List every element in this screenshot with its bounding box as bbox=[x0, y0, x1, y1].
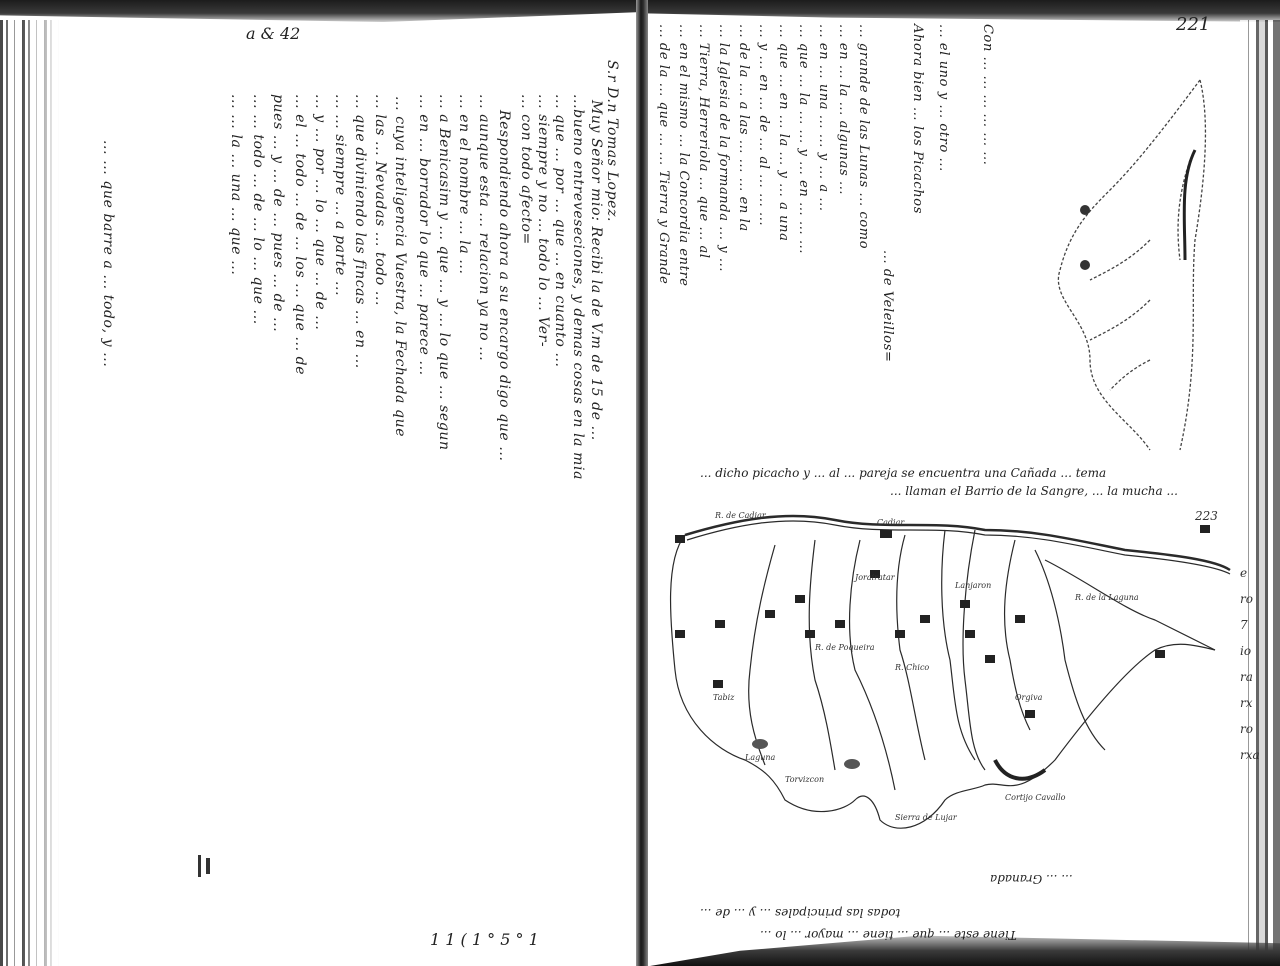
map-caption-line: ... dicho picacho y ... al ... pareja se… bbox=[700, 466, 1106, 480]
map-sheet-number: 223 bbox=[1194, 509, 1218, 523]
text-line: ... de Veleillos= bbox=[880, 250, 895, 362]
margin-mark: 7 bbox=[1240, 612, 1262, 638]
book-gutter bbox=[636, 0, 648, 966]
ink-mark bbox=[206, 858, 210, 874]
text-line: Ahora bien ... los Picachos bbox=[910, 24, 925, 214]
map-label: Laguna bbox=[744, 753, 776, 762]
margin-mark: rx bbox=[1240, 690, 1262, 716]
text-line: ... y ... por ... lo ... que ... de ... bbox=[312, 94, 328, 330]
letter-heading: S.r D.n Tomas Lopez. bbox=[604, 60, 620, 222]
sketch-map-small bbox=[1030, 60, 1230, 460]
map-label: Cortijo Cavallo bbox=[1005, 793, 1066, 802]
manuscript-scan: a & 42 S.r D.n Tomas Lopez. Muy Señor mi… bbox=[0, 0, 1280, 966]
map-label: R. de la Laguna bbox=[1074, 593, 1139, 602]
text-line: ...bueno entreveseciones, y demas cosas … bbox=[570, 94, 586, 480]
text-line: ... en ... la ... algunas ... bbox=[836, 24, 851, 195]
text-line: ... que ... en ... la ... y ... a una bbox=[776, 24, 791, 241]
text-line: ... aunque esta ... relacion ya no ... bbox=[476, 94, 492, 361]
margin-mark: e bbox=[1240, 560, 1262, 586]
right-folio-number: 221 bbox=[1176, 14, 1210, 35]
text-line: ... el ... todo ... de ... los ... que .… bbox=[292, 94, 308, 375]
margin-mark: rxa bbox=[1240, 742, 1262, 768]
text-line: ... en el nombre ... la ... bbox=[456, 94, 472, 275]
map-label: Jorairatar bbox=[853, 573, 896, 582]
map-caption-line: ... llaman el Barrio de la Sangre, ... l… bbox=[890, 484, 1178, 498]
map-label: R. de Poqueira bbox=[814, 643, 875, 652]
text-line: Muy Señor mio: Recibi la de V.m de 15 de… bbox=[588, 100, 604, 441]
text-line: ... en ... borrador lo que ... parece ..… bbox=[416, 94, 432, 376]
text-line: ... de la ... que ... ... Tierra y Grand… bbox=[656, 24, 671, 284]
margin-mark: io bbox=[1240, 638, 1262, 664]
text-line: ... siempre y no ... todo lo ... Ver- bbox=[535, 94, 551, 347]
map-label: Orgiva bbox=[1015, 693, 1043, 702]
upside-down-caption-line: Tiene este ... que ... tiene ... mayor .… bbox=[760, 928, 1017, 942]
text-line: ... ... siempre ... a parte ... bbox=[332, 94, 348, 296]
text-line: ... cuya inteligencia Vuestra, la Fechad… bbox=[392, 96, 408, 437]
map-label: Tabiz bbox=[713, 693, 735, 702]
map-label: Lanjaron bbox=[954, 581, 991, 590]
map-label: Sierra de Lujar bbox=[895, 813, 958, 822]
text-line: ... que ... por ... que ... en cuanto ..… bbox=[552, 94, 568, 368]
scan-shadow-top-left bbox=[0, 0, 640, 22]
margin-mark: ro bbox=[1240, 716, 1262, 742]
text-line: ... en ... una ... ... y ... a ... bbox=[816, 24, 831, 212]
text-line: ... a Benicasim y ... que ... y ... lo q… bbox=[436, 94, 452, 451]
text-line: ... las ... Nevadas ... todo ... bbox=[372, 94, 388, 306]
page-edge-left bbox=[0, 20, 60, 966]
text-line: ... que ... la ... ... y ... en ... ... … bbox=[796, 24, 811, 254]
text-line: Respondiendo ahora a su encargo digo que… bbox=[496, 110, 512, 462]
text-line: ... en el mismo ... la Concordia entre bbox=[676, 24, 691, 287]
text-line: Con ... ... ... ... ... ... bbox=[980, 24, 995, 166]
upside-down-caption-line: ... ... Granada bbox=[990, 872, 1073, 886]
text-line: ... ... todo ... de ... lo ... que ... bbox=[250, 94, 266, 325]
text-line: ... con todo afecto= bbox=[518, 94, 534, 245]
ink-mark bbox=[198, 855, 201, 877]
text-line: ... ... que barre a ... todo, y ... bbox=[100, 140, 116, 367]
upside-down-caption-line: todas las principales ... y ... de ... bbox=[700, 906, 900, 920]
text-line: ... Tierra, Herreriola ... que ... al bbox=[696, 24, 711, 259]
text-line: ... que diviniendo las fincas ... en ... bbox=[352, 94, 368, 369]
bottom-marks: 1 1 ( 1 ° 5 ° 1 bbox=[430, 930, 539, 949]
alpujarra-map: R. de Cadiar Cadiar 223 R. de la Laguna … bbox=[655, 500, 1235, 840]
text-line: ... y ... en ... de ... al ... ... ... bbox=[756, 24, 771, 226]
margin-mark: ro bbox=[1240, 586, 1262, 612]
margin-mark: ra bbox=[1240, 664, 1262, 690]
text-line: ... el uno y ... otro ... bbox=[936, 24, 951, 172]
map-label: Torvizcon bbox=[785, 775, 824, 784]
page-edge-right bbox=[1240, 20, 1280, 966]
left-folio-mark: a & 42 bbox=[246, 24, 300, 43]
text-line: ... de la ... a las ... ... ... en la bbox=[736, 24, 751, 232]
map-label: R. de Cadiar bbox=[714, 511, 767, 520]
text-line: pues ... y ... de ... pues ... de ... bbox=[270, 94, 286, 332]
text-line: ... ... la ... una ... que ... bbox=[228, 94, 244, 275]
map-label: R. Chico bbox=[894, 663, 929, 672]
text-line: ... la Iglesia de la formanda ... y ... bbox=[716, 24, 731, 272]
map-label: Cadiar bbox=[877, 518, 905, 527]
text-line: ... grande de las Lunas ... como bbox=[856, 24, 871, 249]
right-margin-marks: e ro 7 io ra rx ro rxa bbox=[1240, 560, 1262, 768]
